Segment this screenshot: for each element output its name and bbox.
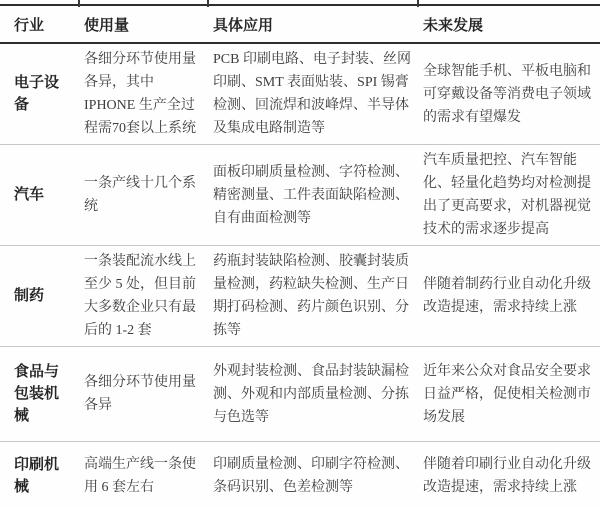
industry-cell: 食品与包装机械: [0, 347, 78, 442]
applications-cell: PCB 印刷电路、电子封装、丝网印刷、SMT 表面贴装、SPI 锡膏检测、回流焊…: [207, 43, 417, 145]
future-cell: 全球智能手机、平板电脑和可穿戴设备等消费电子领域的需求有望爆发: [417, 43, 600, 145]
usage-cell: 一条装配流水线上至少 5 处，但目前大多数企业只有最后的 1-2 套: [78, 246, 207, 347]
column-tick-mark: [78, 0, 80, 7]
column-header-future: 未来发展: [417, 5, 600, 43]
applications-cell: 药瓶封装缺陷检测、胶囊封装质量检测，药粒缺失检测、生产日期打码检测、药片颜色识别…: [207, 246, 417, 347]
industry-cell: 印刷机械: [0, 442, 78, 508]
industry-usage-table: 行业 使用量 具体应用 未来发展 电子设备 各细分环节使用量各异，其中 IPHO…: [0, 4, 600, 508]
future-cell: 汽车质量把控、汽车智能化、轻量化趋势均对检测提出了更高要求，对机器视觉技术的需求…: [417, 145, 600, 246]
applications-cell: 面板印刷质量检测、字符检测、精密测量、工件表面缺陷检测、自有曲面检测等: [207, 145, 417, 246]
future-cell: 近年来公众对食品安全要求日益严格，促使相关检测市场发展: [417, 347, 600, 442]
table-row-electronics: 电子设备 各细分环节使用量各异，其中 IPHONE 生产全过程需70套以上系统 …: [0, 43, 600, 145]
industry-cell: 电子设备: [0, 43, 78, 145]
header-row: 行业 使用量 具体应用 未来发展: [0, 5, 600, 43]
usage-cell: 高端生产线一条使用 6 套左右: [78, 442, 207, 508]
column-header-industry: 行业: [0, 5, 78, 43]
column-header-applications: 具体应用: [207, 5, 417, 43]
applications-cell: 外观封装检测、食品封装缺漏检测、外观和内部质量检测、分拣与色选等: [207, 347, 417, 442]
table-row-food-packaging: 食品与包装机械 各细分环节使用量各异 外观封装检测、食品封装缺漏检测、外观和内部…: [0, 347, 600, 442]
table-row-pharma: 制药 一条装配流水线上至少 5 处，但目前大多数企业只有最后的 1-2 套 药瓶…: [0, 246, 600, 347]
applications-cell: 印刷质量检测、印刷字符检测、条码识别、色差检测等: [207, 442, 417, 508]
column-header-usage: 使用量: [78, 5, 207, 43]
usage-cell: 各细分环节使用量各异，其中 IPHONE 生产全过程需70套以上系统: [78, 43, 207, 145]
industry-cell: 汽车: [0, 145, 78, 246]
future-cell: 伴随着印刷行业自动化升级改造提速，需求持续上涨: [417, 442, 600, 508]
column-tick-mark: [417, 0, 419, 7]
future-cell: 伴随着制药行业自动化升级改造提速，需求持续上涨: [417, 246, 600, 347]
industry-cell: 制药: [0, 246, 78, 347]
column-tick-mark: [207, 0, 209, 7]
table-row-printing: 印刷机械 高端生产线一条使用 6 套左右 印刷质量检测、印刷字符检测、条码识别、…: [0, 442, 600, 508]
machine-vision-industry-table-page: 行业 使用量 具体应用 未来发展 电子设备 各细分环节使用量各异，其中 IPHO…: [0, 0, 600, 508]
usage-cell: 一条产线十几个系统: [78, 145, 207, 246]
usage-cell: 各细分环节使用量各异: [78, 347, 207, 442]
table-row-automotive: 汽车 一条产线十几个系统 面板印刷质量检测、字符检测、精密测量、工件表面缺陷检测…: [0, 145, 600, 246]
